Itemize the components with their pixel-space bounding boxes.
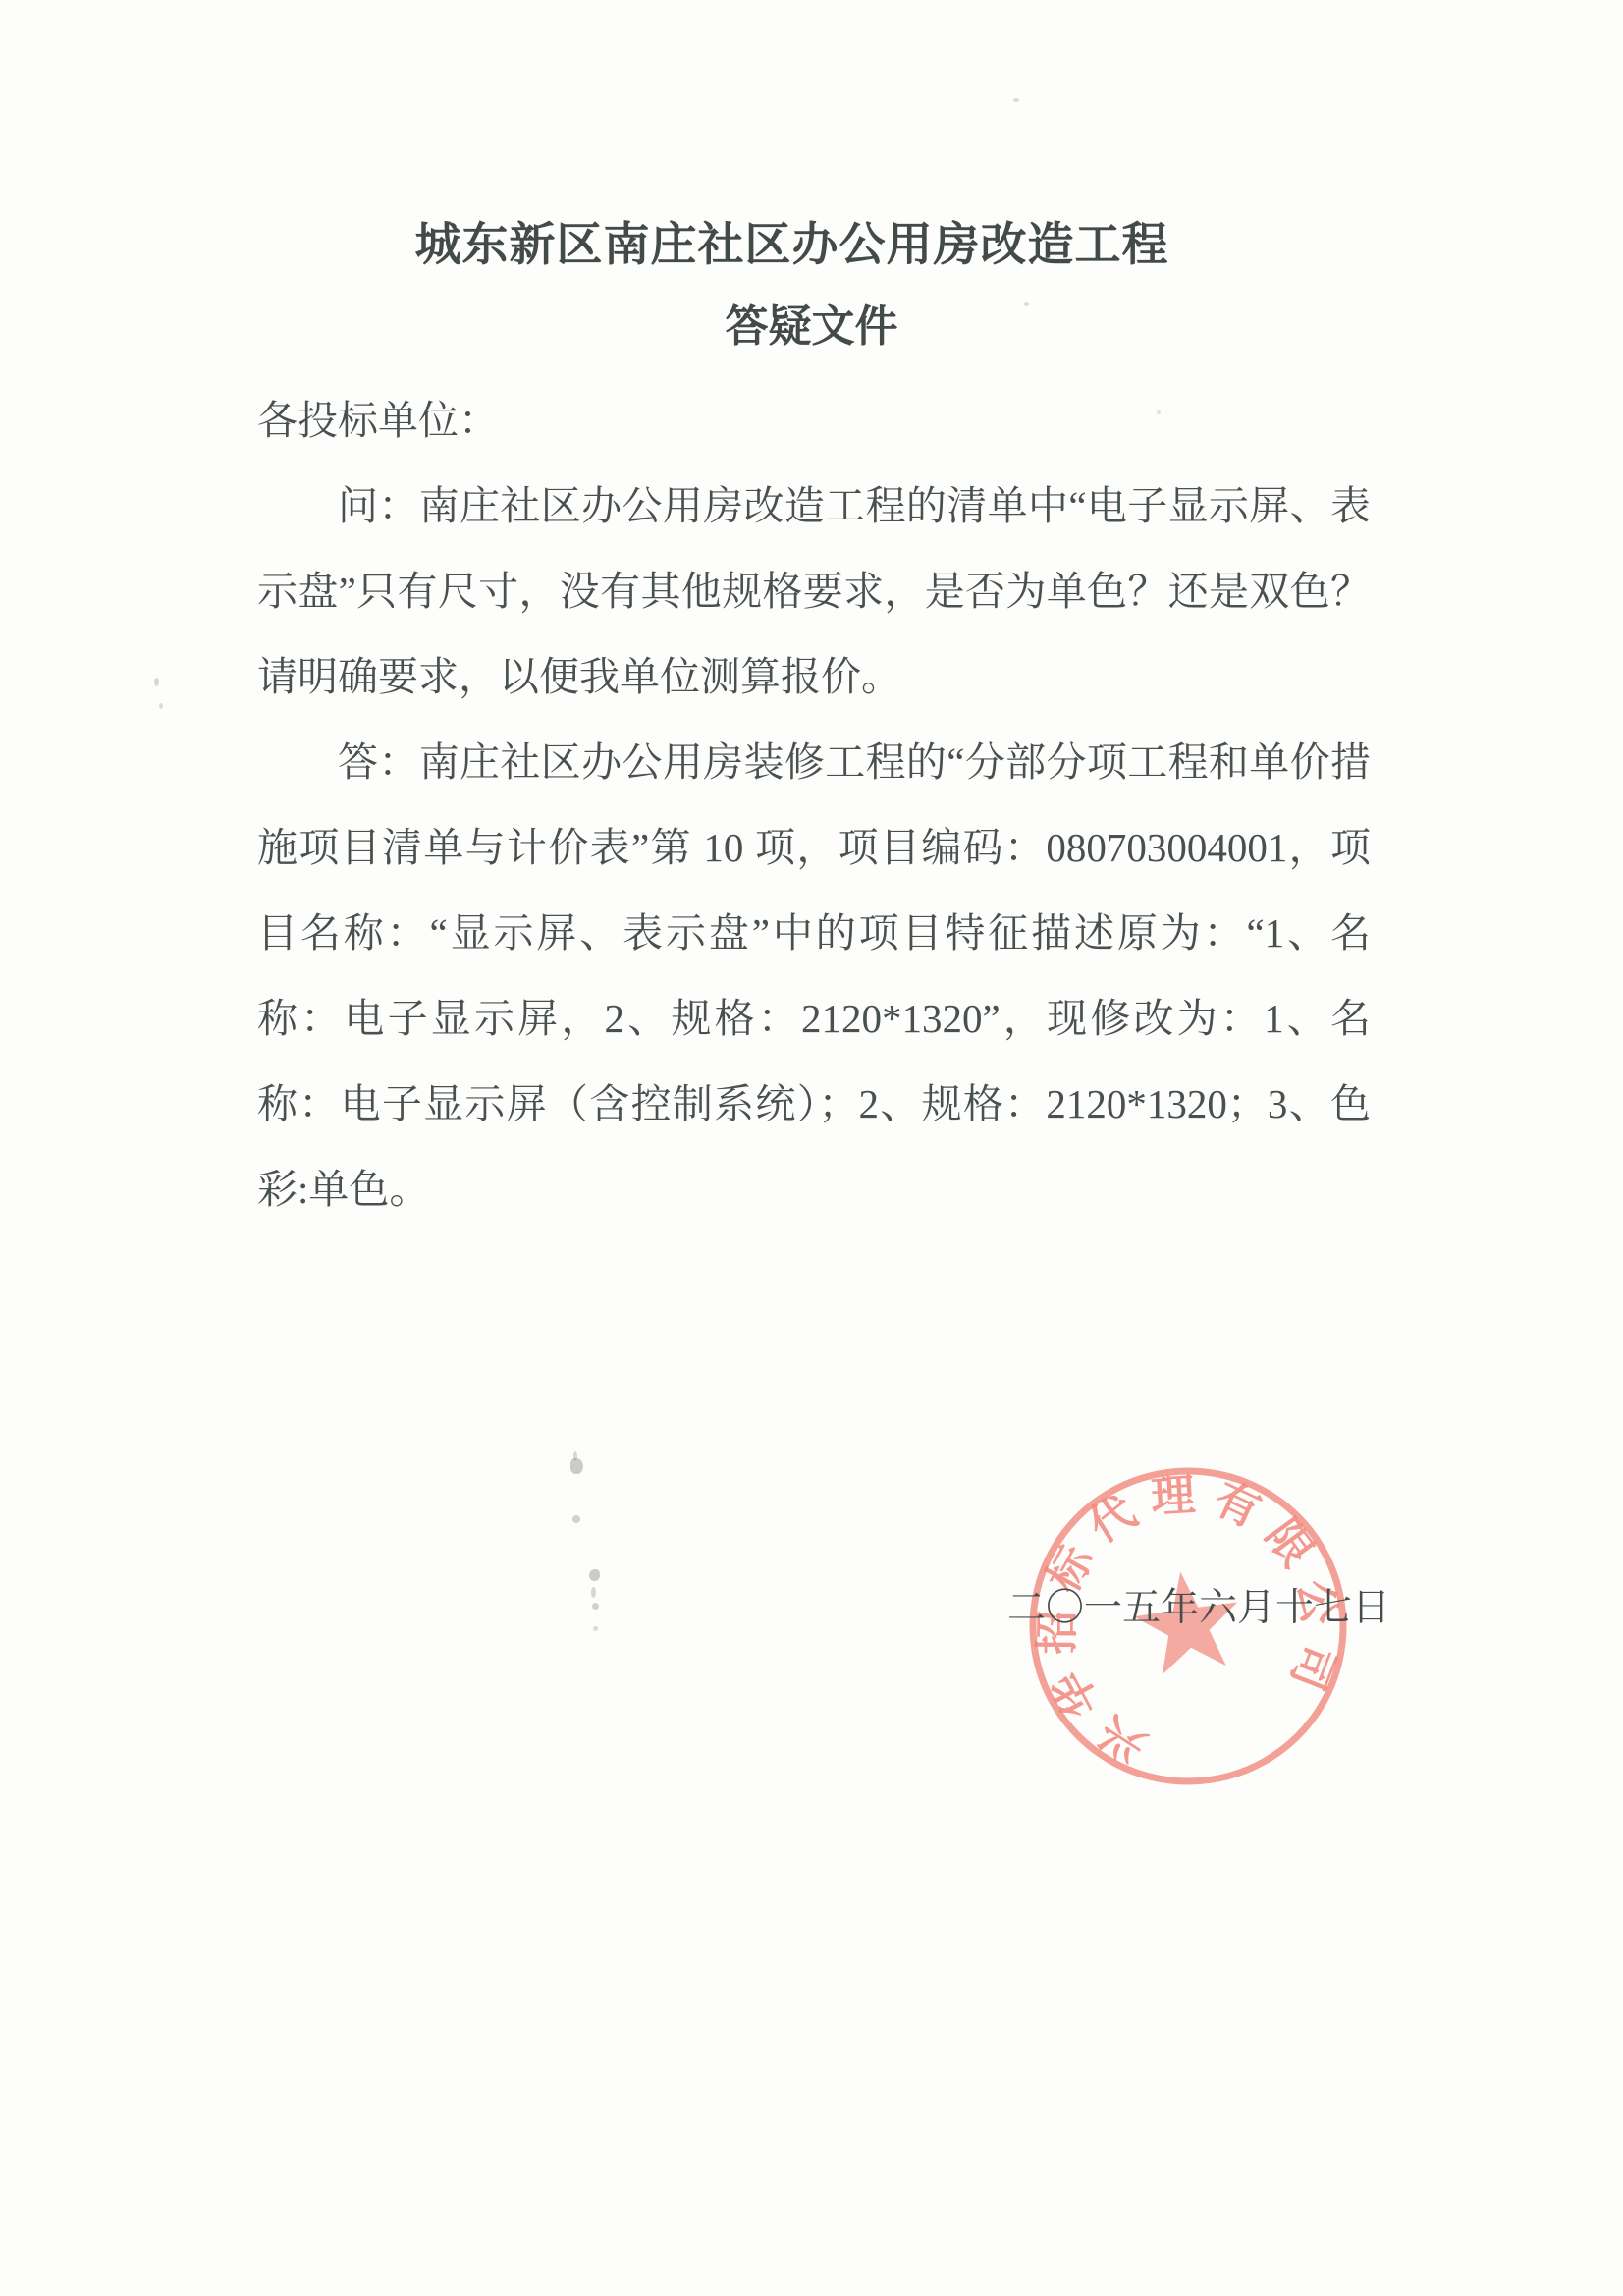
salutation-line: 各投标单位：	[257, 378, 1371, 464]
scan-speck	[1024, 302, 1029, 306]
scan-speck	[572, 1515, 580, 1523]
document-title: 城东新区南庄社区办公用房改造工程	[0, 208, 1603, 274]
document-date: 二〇一五年六月十七日	[1007, 1577, 1390, 1632]
document-page: 城东新区南庄社区办公用房改造工程 答疑文件 各投标单位： 问：南庄社区办公用房改…	[0, 0, 1623, 2296]
scan-speck	[592, 1603, 599, 1610]
scan-speck	[1157, 410, 1161, 414]
document-subtitle: 答疑文件	[0, 291, 1623, 354]
question-paragraph: 问：南庄社区办公用房改造工程的清单中“电子显示屏、表示盘”只有尺寸，没有其他规格…	[257, 464, 1371, 720]
scan-speck	[154, 678, 159, 686]
scan-speck	[159, 703, 163, 709]
scan-speck	[570, 1458, 583, 1474]
scan-speck	[589, 1569, 600, 1581]
document-body: 各投标单位： 问：南庄社区办公用房改造工程的清单中“电子显示屏、表示盘”只有尺寸…	[257, 378, 1371, 1232]
answer-paragraph: 答：南庄社区办公用房装修工程的“分部分项工程和单价措施项目清单与计价表”第 10…	[257, 720, 1371, 1232]
scan-speck	[591, 1587, 596, 1598]
scan-speck	[593, 1626, 598, 1631]
scan-speck	[573, 1451, 577, 1461]
scan-speck	[1013, 98, 1019, 102]
